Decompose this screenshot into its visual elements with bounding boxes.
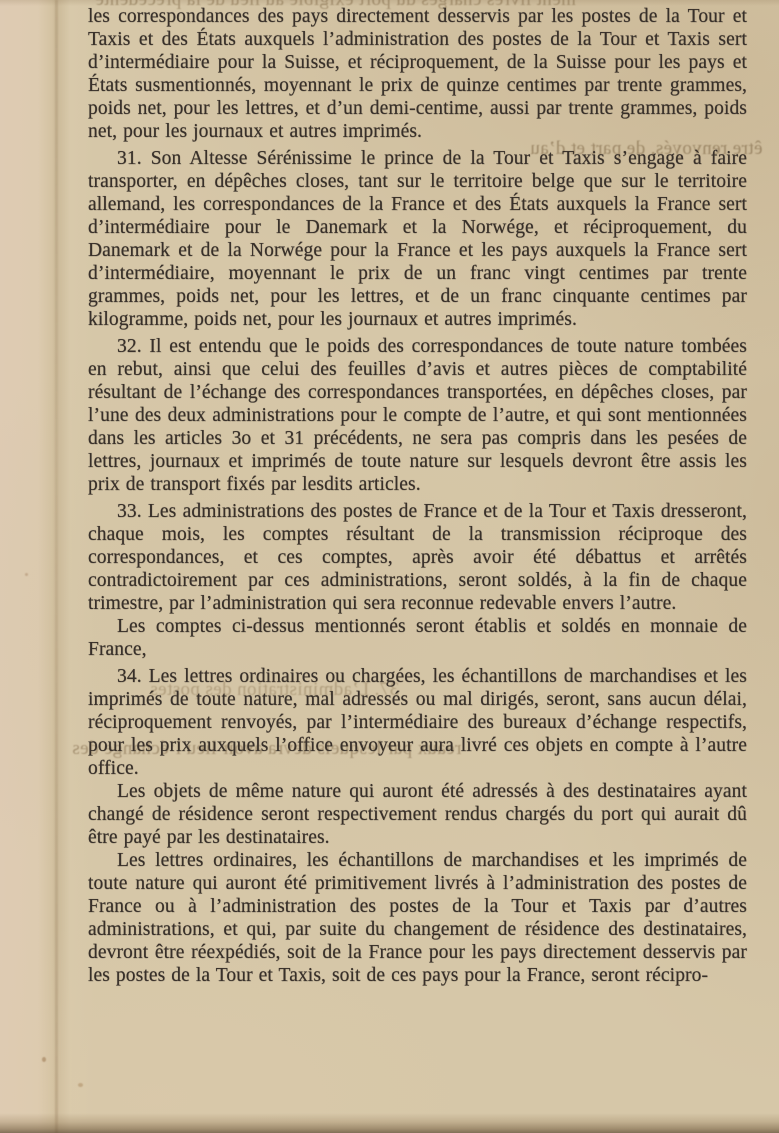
foxing-speck <box>78 1083 83 1087</box>
paragraph-article-33: 33. Les administrations des postes de Fr… <box>88 500 747 615</box>
paragraph-reexpedition-note: Les lettres ordinaires, les échantillons… <box>88 849 747 987</box>
scanned-page: ment livrés chargés du port exigible au … <box>0 0 779 1133</box>
paragraph-article-34: 34. Les lettres ordinaires ou chargées, … <box>88 665 747 780</box>
paragraph-article-32: 32. Il est entendu que le poids des corr… <box>88 335 747 496</box>
page-crease-line <box>55 0 58 1133</box>
foxing-speck <box>42 1057 46 1062</box>
paragraph-comptes-monnaie-note: Les comptes ci-dessus mentionnés seront … <box>88 615 747 661</box>
foxing-speck <box>25 573 28 576</box>
paragraph-continuation: les correspondances des pays directement… <box>88 5 747 143</box>
page-bottom-edge-shadow <box>0 1113 779 1133</box>
paragraph-objets-changement-note: Les objets de même nature qui auront été… <box>88 780 747 849</box>
page-text-block: les correspondances des pays directement… <box>88 5 747 987</box>
paragraph-article-31: 31. Son Altesse Sérénissime le prince de… <box>88 147 747 331</box>
